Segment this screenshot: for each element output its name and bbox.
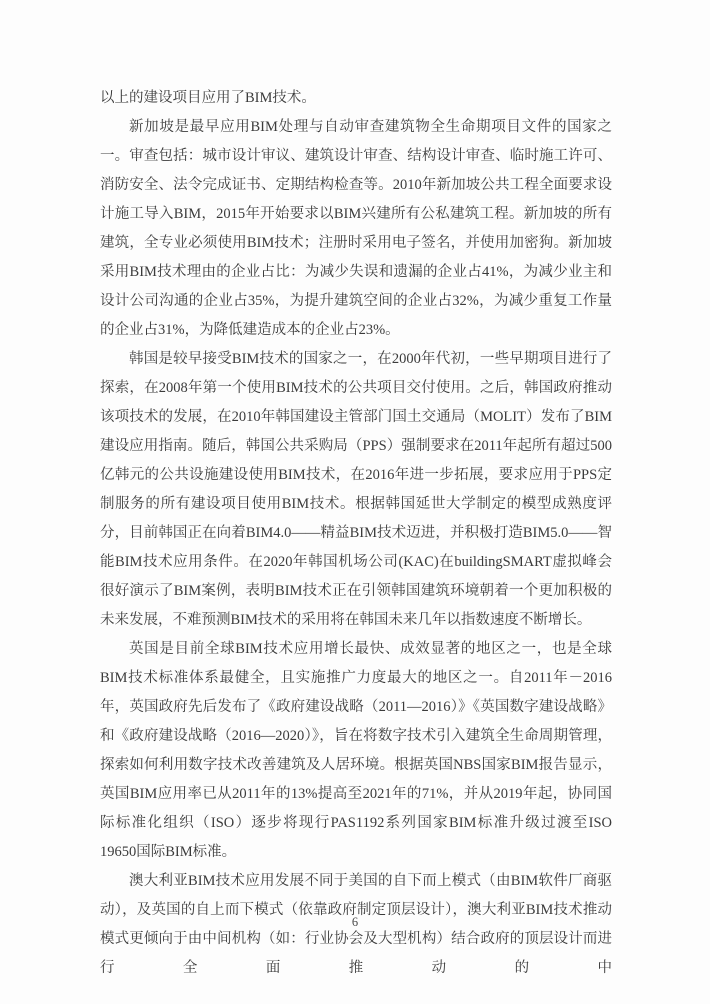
- paragraph-continuation-tail: 以上的建设项目应用了BIM技术。: [100, 84, 612, 113]
- paragraph-singapore: 新加坡是最早应用BIM处理与自动审查建筑物全生命期项目文件的国家之一。审查包括：…: [100, 113, 612, 345]
- document-page: 以上的建设项目应用了BIM技术。 新加坡是最早应用BIM处理与自动审查建筑物全生…: [0, 0, 710, 1004]
- paragraph-uk: 英国是目前全球BIM技术应用增长最快、成效显著的地区之一，也是全球BIM技术标准…: [100, 635, 612, 867]
- paragraph-korea: 韩国是较早接受BIM技术的国家之一，在2000年代初，一些早期项目进行了探索，在…: [100, 345, 612, 635]
- page-number: 6: [0, 913, 710, 931]
- document-body: 以上的建设项目应用了BIM技术。 新加坡是最早应用BIM处理与自动审查建筑物全生…: [100, 84, 612, 983]
